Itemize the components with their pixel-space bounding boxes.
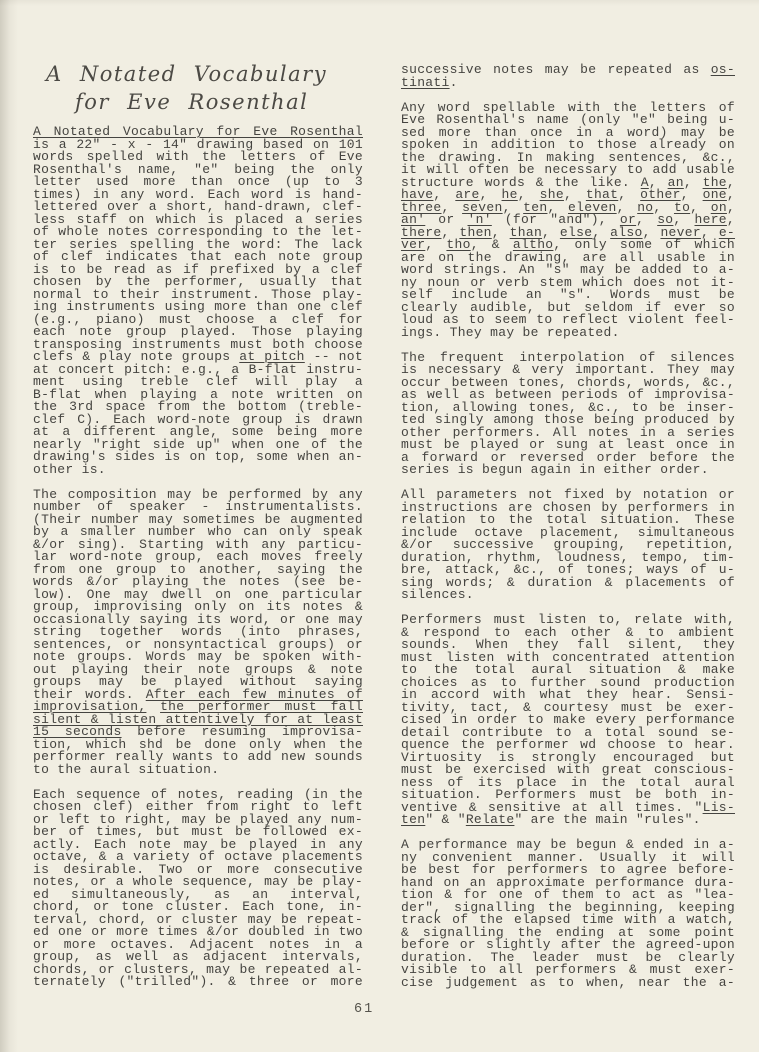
paragraph: Any word spellable with the letters ofEv…	[401, 102, 735, 340]
underlined-text: os-	[711, 62, 735, 77]
text-line: ten" & "Relate" are the main "rules".	[401, 814, 735, 827]
paragraph: A performance may be begun & ended in a-…	[401, 839, 735, 989]
page-title-line-1: A Notated Vocabulary	[46, 60, 327, 88]
scanned-page: { "page_number": "61", "paper_color": "#…	[0, 0, 759, 1052]
page-top-edge-shadow	[0, 0, 759, 6]
text-line: tinati.	[401, 77, 735, 90]
text-line: cise judgement as to when, near the a-	[401, 977, 735, 990]
text-line: series is begun again in either order.	[401, 464, 735, 477]
paragraph: The composition may be performed by anyn…	[33, 489, 363, 777]
text-line: other is.	[33, 464, 363, 477]
right-column: successive notes may be repeated as os-t…	[401, 64, 735, 989]
text-line: ternately ("trilled"). & three or more	[33, 976, 363, 989]
page-title-line-2: for Eve Rosenthal	[46, 88, 327, 116]
underlined-text: Lis-	[703, 800, 735, 815]
text-line: to the aural situation.	[33, 764, 363, 777]
paragraph: Each sequence of notes, reading (in thec…	[33, 789, 363, 989]
underlined-text: Relate	[466, 812, 515, 827]
text-line: ings. They may be repeated.	[401, 327, 735, 340]
paragraph: Performers must listen to, relate with,&…	[401, 614, 735, 827]
underlined-text: ten	[401, 812, 425, 827]
page-left-edge-shadow	[0, 0, 18, 1052]
paragraph: A Notated Vocabulary for Eve Rosenthalis…	[33, 126, 363, 476]
paragraph: All parameters not fixed by notation ori…	[401, 489, 735, 602]
paragraph: successive notes may be repeated as os-t…	[401, 64, 735, 89]
text-line: silences.	[401, 589, 735, 602]
page-number: 61	[354, 1002, 374, 1017]
left-column: A Notated Vocabulary for Eve Rosenthalis…	[33, 126, 363, 989]
page-title: A Notated Vocabulary for Eve Rosenthal	[46, 60, 327, 116]
underlined-text: tinati	[401, 75, 450, 90]
paragraph: The frequent interpolation of silencesis…	[401, 352, 735, 477]
